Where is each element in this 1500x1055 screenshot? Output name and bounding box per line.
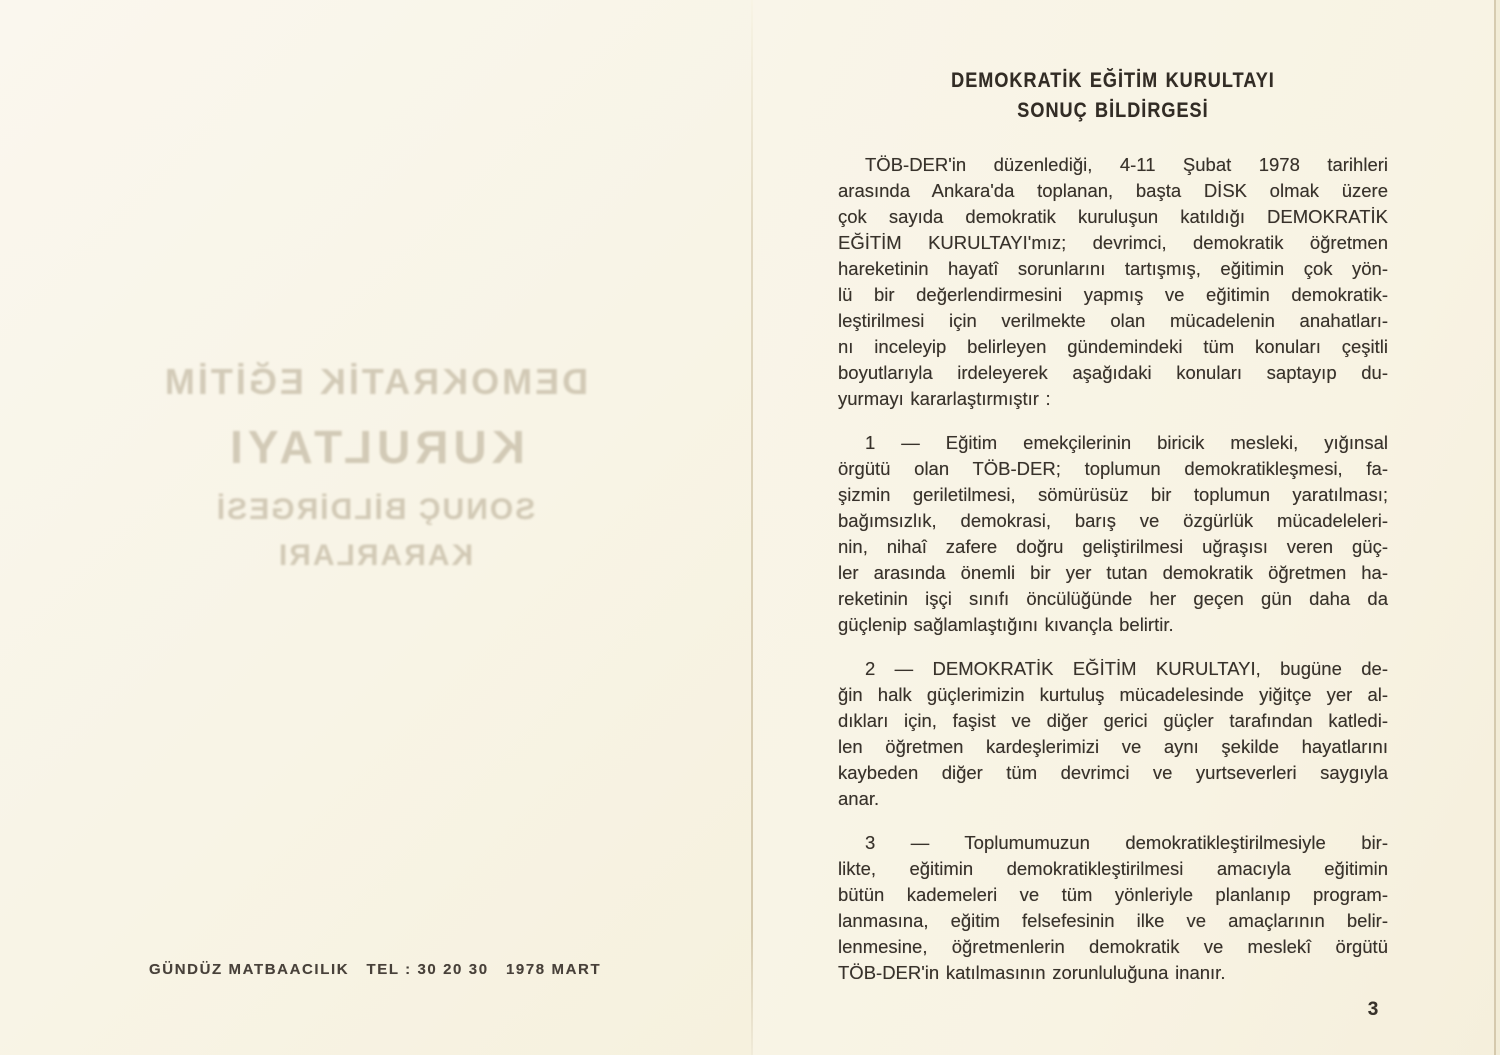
bleedthrough-line: KARARLARI bbox=[150, 538, 600, 574]
text-line: EĞİTİM KURULTAYI'mız; devrimci, demokrat… bbox=[838, 230, 1388, 256]
text-line: lanmasına, eğitim felsefesinin ilke ve a… bbox=[838, 908, 1388, 934]
text-line: anar. bbox=[838, 786, 1388, 812]
text-line: arasında Ankara'da toplanan, başta DİSK … bbox=[838, 178, 1388, 204]
text-line: nı inceleyip belirleyen gündemindeki tüm… bbox=[838, 334, 1388, 360]
text-line: örgütü olan TÖB-DER; toplumun demokratik… bbox=[838, 456, 1388, 482]
text-line: ğin halk güçlerimizin kurtuluş mücadeles… bbox=[838, 682, 1388, 708]
text-line: hareketinin hayatî sorunlarını tartışmış… bbox=[838, 256, 1388, 282]
intro-paragraph: TÖB-DER'in düzenlediği, 4-11 Şubat 1978 … bbox=[838, 152, 1388, 412]
text-line: lü bir değerlendirmesini yapmış ve eğiti… bbox=[838, 282, 1388, 308]
text-line: güçlenip sağlamlaştığını kıvançla belirt… bbox=[838, 612, 1388, 638]
text-line: boyutlarıyla irdeleyerek aşağıdaki konul… bbox=[838, 360, 1388, 386]
bleedthrough-line: SONUÇ BİLDİRGESİ bbox=[150, 492, 600, 528]
text-line: çok sayıda demokratik kuruluşun katıldığ… bbox=[838, 204, 1388, 230]
text-line: 1 — Eğitim emekçilerinin biricik mesleki… bbox=[838, 430, 1388, 456]
item-3-paragraph: 3 — Toplumumuzun demokratikleştirilmesiy… bbox=[838, 830, 1388, 986]
title-line-2: SONUÇ BİLDİRGESİ bbox=[877, 96, 1350, 126]
page-number: 3 bbox=[1358, 999, 1388, 1021]
text-line: şizmin geriletilmesi, sömürüsüz bir topl… bbox=[838, 482, 1388, 508]
text-line: len öğretmen kardeşlerimizi ve aynı şeki… bbox=[838, 734, 1388, 760]
bleedthrough-line: DEMOKRATİK EĞİTİM bbox=[150, 360, 600, 404]
text-line: ler arasında önemli bir yer tutan demokr… bbox=[838, 560, 1388, 586]
right-page: DEMOKRATİK EĞİTİM KURULTAYI SONUÇ BİLDİR… bbox=[753, 0, 1500, 1055]
text-line: dıkları için, faşist ve diğer gerici güç… bbox=[838, 708, 1388, 734]
booklet-scan: DEMOKRATİK EĞİTİM KURULTAYI SONUÇ BİLDİR… bbox=[0, 0, 1500, 1055]
item-1-paragraph: 1 — Eğitim emekçilerinin biricik mesleki… bbox=[838, 430, 1388, 638]
cover-bleedthrough-text: DEMOKRATİK EĞİTİM KURULTAYI SONUÇ BİLDİR… bbox=[150, 360, 600, 574]
text-line: nin, nihaî zafere doğru geliştirilmesi u… bbox=[838, 534, 1388, 560]
printer-imprint: GÜNDÜZ MATBAACILIK TEL : 30 20 30 1978 M… bbox=[149, 961, 601, 978]
text-line: 3 — Toplumumuzun demokratikleştirilmesiy… bbox=[838, 830, 1388, 856]
text-line: bütün kademeleri ve tüm yönleriyle planl… bbox=[838, 882, 1388, 908]
text-line: TÖB-DER'in katılmasının zorunluluğuna in… bbox=[838, 960, 1388, 986]
document-body: DEMOKRATİK EĞİTİM KURULTAYI SONUÇ BİLDİR… bbox=[838, 66, 1388, 986]
text-line: bağımsızlık, demokrasi, barış ve özgürlü… bbox=[838, 508, 1388, 534]
text-line: kaybeden diğer tüm devrimci ve yurtsever… bbox=[838, 760, 1388, 786]
text-line: likte, eğitimin demokratikleştirilmesi a… bbox=[838, 856, 1388, 882]
bleedthrough-line: KURULTAYI bbox=[150, 420, 600, 474]
item-2-paragraph: 2 — DEMOKRATİK EĞİTİM KURULTAYI, bugüne … bbox=[838, 656, 1388, 812]
text-line: lenmesine, öğretmenlerin demokratik ve m… bbox=[838, 934, 1388, 960]
text-line: 2 — DEMOKRATİK EĞİTİM KURULTAYI, bugüne … bbox=[838, 656, 1388, 682]
text-line: TÖB-DER'in düzenlediği, 4-11 Şubat 1978 … bbox=[838, 152, 1388, 178]
left-page: DEMOKRATİK EĞİTİM KURULTAYI SONUÇ BİLDİR… bbox=[0, 0, 751, 1055]
page-edge-strip bbox=[1496, 0, 1500, 1055]
text-line: reketinin işçi sınıfı öncülüğünde her ge… bbox=[838, 586, 1388, 612]
text-line: yurmayı kararlaştırmıştır : bbox=[838, 386, 1388, 412]
text-line: leştirilmesi için verilmekte olan mücade… bbox=[838, 308, 1388, 334]
title-line-1: DEMOKRATİK EĞİTİM KURULTAYI bbox=[877, 66, 1350, 96]
document-title: DEMOKRATİK EĞİTİM KURULTAYI SONUÇ BİLDİR… bbox=[838, 66, 1388, 126]
